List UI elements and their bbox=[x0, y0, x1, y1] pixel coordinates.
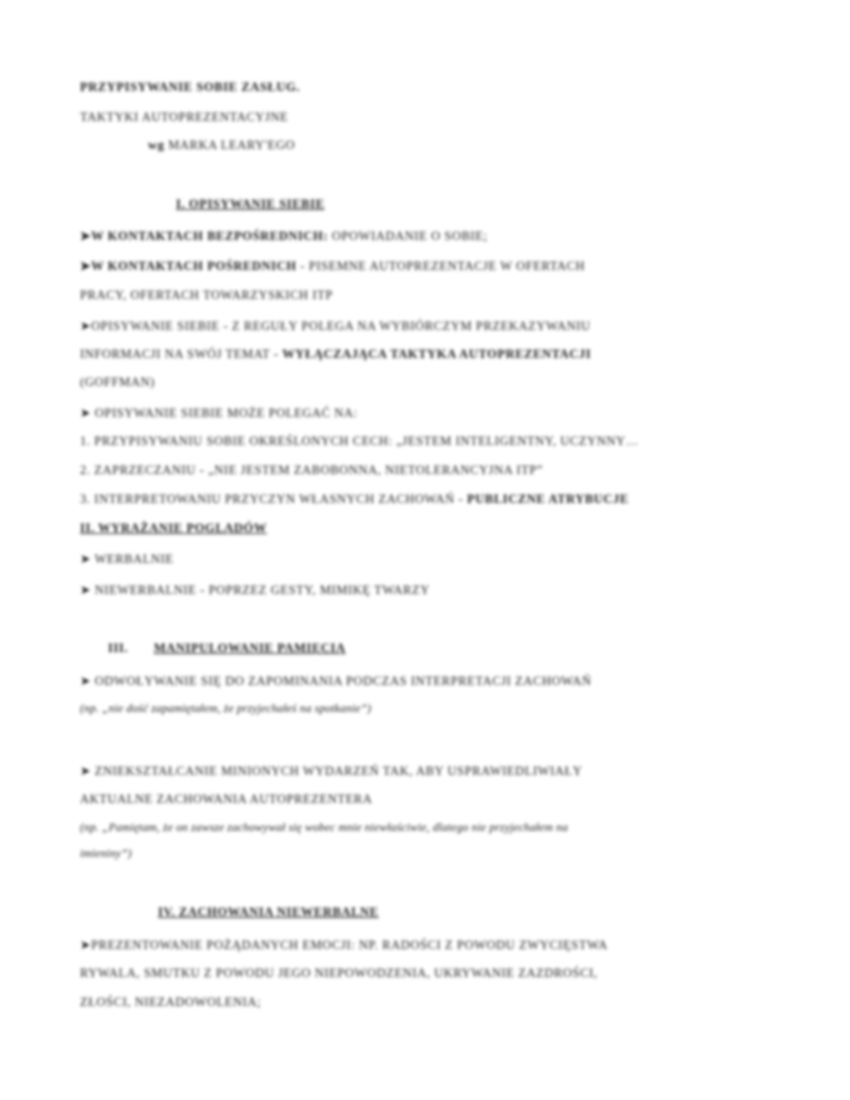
section-heading-1: I. OPISYWANIE SIEBIE bbox=[176, 197, 325, 212]
section-1-line: ➤ OPISYWANIE SIEBIE MOŻE POLEGAĆ NA: bbox=[80, 405, 358, 421]
section-3-line: ➤ ZNIEKSZTAŁCANIE MINIONYCH WYDARZEŃ TAK… bbox=[80, 763, 582, 779]
section-1-line: 3. INTERPRETOWANIU PRZYCZYN WŁASNYCH ZAC… bbox=[80, 492, 629, 507]
section-1-line: ➤W KONTAKTACH POŚREDNICH - PISEMNE AUTOP… bbox=[80, 258, 585, 274]
author-prefix: wg bbox=[148, 138, 164, 152]
section-1-line: INFORMACJI NA SWÓJ TEMAT - WYŁĄCZAJĄCA T… bbox=[80, 347, 591, 362]
doc-title-line3: wg MARKA LEARY'EGO bbox=[148, 138, 295, 153]
section-3-line: ➤ ODWOŁYWANIE SIĘ DO ZAPOMINANIA PODCZAS… bbox=[80, 673, 592, 689]
section-heading-3: III. MANIPULOWANIE PAMIĘCIĄ bbox=[108, 641, 346, 656]
doc-title-line2: TAKTYKI AUTOPREZENTACYJNE bbox=[80, 110, 288, 125]
section-1-line: 2. ZAPRZECZANIU - „NIE JESTEM ZABOBONNA,… bbox=[80, 463, 543, 478]
doc-title-line1: PRZYPISYWANIE SOBIE ZASŁUG. bbox=[80, 80, 300, 95]
line-bold: ➤W KONTAKTACH POŚREDNICH bbox=[80, 259, 297, 273]
section-1-line: (GOFFMAN) bbox=[80, 375, 155, 390]
section-3-example: (np. „nie dość zapamiętałem, że przyjech… bbox=[80, 703, 371, 715]
section-4-line: ZŁOŚCI, NIEZADOWOLENIA; bbox=[80, 995, 261, 1010]
section-1-line: ➤W KONTAKTACH BEZPOŚREDNICH: OPOWIADANIE… bbox=[80, 228, 488, 244]
section-3-example: imieniny”) bbox=[80, 848, 132, 860]
section-3-line: AKTUALNE ZACHOWANIA AUTOPREZENTERA bbox=[80, 792, 372, 807]
line-bold: ➤W KONTAKTACH BEZPOŚREDNICH: bbox=[80, 229, 328, 243]
section-heading-4: IV. ZACHOWANIA NIEWERBALNE bbox=[158, 905, 379, 920]
section-4-line: ➤PREZENTOWANIE POŻĄDANYCH EMOCJI: NP. RA… bbox=[80, 937, 608, 953]
author-name: MARKA LEARY'EGO bbox=[168, 138, 295, 152]
section-2-line: ➤ NIEWERBALNIE - POPRZEZ GESTY, MIMIKĘ T… bbox=[80, 582, 430, 598]
section-1-line: 1. PRZYPISYWANIU SOBIE OKREŚLONYCH CECH:… bbox=[80, 434, 639, 449]
line-bold: PUBLICZNE ATRYBUCJE bbox=[467, 492, 629, 506]
document-page: PRZYPISYWANIE SOBIE ZASŁUG. TAKTYKI AUTO… bbox=[0, 0, 850, 1100]
line-text: OPOWIADANIE O SOBIE; bbox=[328, 229, 487, 243]
section-2-line: ➤ WERBALNIE bbox=[80, 551, 174, 567]
section-title: MANIPULOWANIE PAMIĘCIĄ bbox=[154, 641, 346, 655]
line-text: 3. INTERPRETOWANIU PRZYCZYN WŁASNYCH ZAC… bbox=[80, 492, 467, 506]
line-text: INFORMACJI NA SWÓJ TEMAT - bbox=[80, 347, 282, 361]
section-3-example: (np. „Pamiętam, że on zawsze zachowywał … bbox=[80, 822, 568, 834]
section-heading-2: II. WYRAŻANIE POGLĄDÓW bbox=[80, 521, 267, 536]
section-number: III. bbox=[108, 641, 128, 655]
line-text: - PISEMNE AUTOPREZENTACJE W OFERTACH bbox=[297, 259, 586, 273]
section-4-line: RYWALA, SMUTKU Z POWODU JEGO NIEPOWODZEN… bbox=[80, 966, 598, 981]
section-1-line: ➤OPISYWANIE SIEBIE - Z REGUŁY POLEGA NA … bbox=[80, 318, 591, 334]
line-bold: WYŁĄCZAJĄCA TAKTYKA AUTOPREZENTACJI bbox=[282, 347, 591, 361]
section-1-line: PRACY, OFERTACH TOWARZYSKICH ITP bbox=[80, 288, 333, 303]
